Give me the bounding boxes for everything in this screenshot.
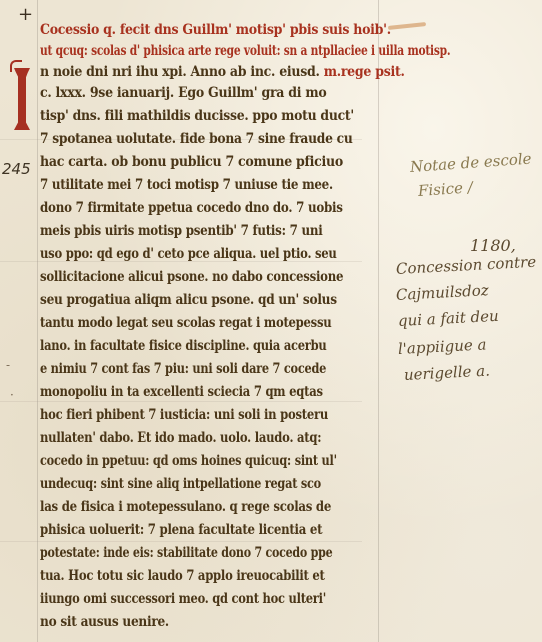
ruling-line	[0, 541, 362, 542]
text-line: dono 7 firmitate ppetua cocedo dno do. 7…	[40, 200, 343, 216]
text-line: las de fisica i motepessulano. q rege sc…	[40, 499, 331, 515]
rubric-line: Cocessio q. fecit dns Guillm' motisp' pb…	[40, 22, 391, 38]
text-line: n noie dni nri ihu xpi. Anno ab inc. eiu…	[40, 64, 405, 80]
marginal-note-line: uerigelle a.	[404, 362, 491, 384]
marginal-note-line: l'appiigue a	[398, 335, 487, 358]
marginal-note-year: 1180,	[470, 236, 516, 255]
text-line: tua. Hoc totu sic laudo 7 applo ireuocab…	[40, 568, 325, 584]
text-line: monopoliu in ta excellenti sciecia 7 qm …	[40, 384, 323, 400]
text-line: hoc fieri phibent 7 iusticia: uni soli i…	[40, 407, 328, 423]
marginal-note-line: Concession contre	[396, 253, 537, 278]
marginal-note-line: qui a fait deu	[398, 307, 500, 330]
ruling-line-right	[378, 0, 379, 642]
cross-mark-icon: +	[18, 6, 33, 24]
text-line: potestate: inde eis: stabilitate dono 7 …	[40, 545, 332, 561]
text-line: no sit ausus uenire.	[40, 614, 169, 630]
text-line: tantu modo legat seu scolas regat i mote…	[40, 315, 331, 331]
text-line: lano. in facultate fisice discipline. qu…	[40, 338, 326, 354]
text-line: 7 spotanea uolutate. fide bona 7 sine fr…	[40, 131, 352, 147]
text-line: iiungo omi successori meo. qd cont hoc u…	[40, 591, 326, 607]
text-line: 7 utilitate mei 7 toci motisp 7 uniuse t…	[40, 177, 333, 193]
marginal-note-upper-2: Fisice /	[417, 178, 473, 200]
text-line: e nimiu 7 cont fas 7 piu: uni soli dare …	[40, 361, 326, 377]
marginal-note-line: Cajmuilsdoz	[396, 281, 490, 304]
text-line: sollicitacione alicui psone. no dabo con…	[40, 269, 343, 285]
text-line: cocedo in ppetuu: qd oms hoines quicuq: …	[40, 453, 337, 469]
folio-number: 245	[2, 160, 31, 178]
rubric-line: ut qcuq: scolas d' phisica arte rege vol…	[40, 43, 450, 59]
text-line: tisp' dns. fili mathildis ducisse. ppo m…	[40, 108, 354, 124]
margin-tick: -	[6, 358, 10, 372]
decorated-initial-i	[14, 68, 30, 130]
text-line: meis pbis uiris motisp psentib' 7 futis:…	[40, 223, 322, 239]
ink-smudge	[388, 22, 426, 30]
text-line: undecuq: sint sine aliq intpellatione re…	[40, 476, 321, 492]
ruling-line-left	[37, 0, 38, 642]
text-line: uso ppo: qd ego d' ceto pce aliqua. uel …	[40, 246, 337, 262]
text-line: c. lxxx. 9se ianuarij. Ego Guillm' gra d…	[40, 85, 326, 101]
ruling-line	[0, 401, 362, 402]
margin-dot: ·	[10, 388, 14, 402]
rubric-tail: m.rege psit.	[324, 64, 405, 80]
text-line: nullaten' dabo. Et ido mado. uolo. laudo…	[40, 430, 321, 446]
marginal-note-upper-1: Notae de escole	[409, 150, 532, 176]
manuscript-page: + Cocessio q. fecit dns Guillm' motisp' …	[0, 0, 542, 642]
text-line: phisica uoluerit: 7 plena facultate lice…	[40, 522, 322, 538]
text-line: hac carta. ob bonu publicu 7 comune pfic…	[40, 154, 343, 170]
text-line: seu progatiua aliqm alicu psone. qd un' …	[40, 292, 337, 308]
text-line-body: n noie dni nri ihu xpi. Anno ab inc. eiu…	[40, 64, 324, 80]
